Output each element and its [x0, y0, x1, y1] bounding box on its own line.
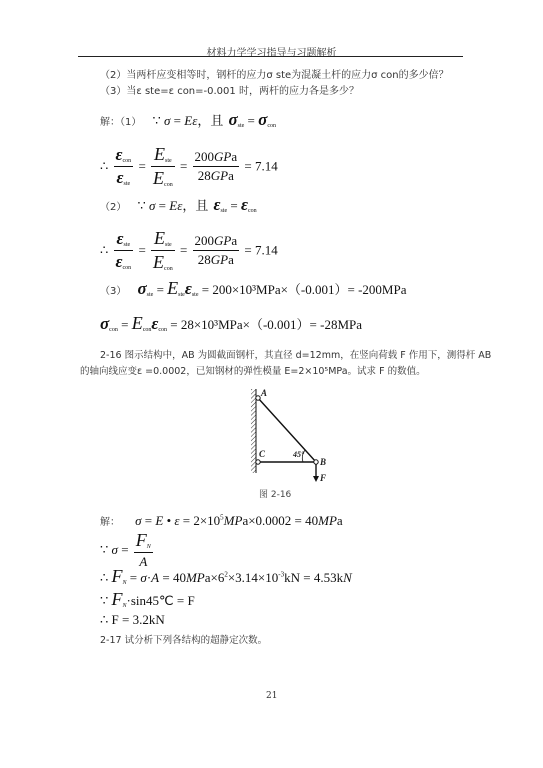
- solution-3-line-2: σcon = Econεcon = 28×10³MPa×（-0.001）= -2…: [100, 313, 362, 334]
- solution-2-16-eq-5: ∴ F = 3.2kN: [100, 612, 165, 628]
- header-rule: [78, 56, 463, 57]
- pin-a-icon: [256, 396, 260, 400]
- solution-2-16-eq-2: ∵ σ = FNA: [100, 530, 155, 570]
- solution-1-premise: 解：（1） ∵ σ = Eε，且 σste = σcon: [100, 110, 276, 130]
- figure-2-16-diagram: [240, 385, 340, 485]
- label-b: B: [320, 457, 326, 467]
- problem-2-16-line-1: 2-16 图示结构中，AB 为圆截面钢杆，其直径 d=12mm，在竖向荷载 F …: [100, 347, 491, 361]
- pin-c-icon: [256, 460, 260, 464]
- solution-2-ratio: ∴ εsteεcon = EsteEcon = 200GPa28GPa = 7.…: [100, 228, 278, 273]
- solution-1-ratio: ∴ εconεste = EsteEcon = 200GPa28GPa = 7.…: [100, 144, 278, 189]
- question-part-2: （2）当两杆应变相等时，钢杆的应力σ ste为混凝土杆的应力σ con的多少倍？: [100, 66, 449, 81]
- pin-b-icon: [314, 460, 318, 464]
- problem-2-17: 2-17 试分析下列各结构的超静定次数。: [100, 632, 267, 646]
- page-number: 21: [266, 691, 277, 701]
- solution-2-16-eq-3: ∴ FN = σ·A = 40MPa×62×3.14×10-3kN = 4.53…: [100, 566, 352, 587]
- bar-ab: [258, 398, 316, 462]
- label-c: C: [259, 449, 265, 459]
- label-a: A: [261, 388, 267, 398]
- solution-2-16-eq-4: ∵ FN·sin45℃ = F: [100, 589, 195, 610]
- solution-3-line-1: （3） σste = Esteεste = 200×10³MPa×（-0.001…: [100, 278, 407, 299]
- solution-1-result: = 7.14: [244, 159, 277, 174]
- solution-label: 解：（1）: [100, 117, 141, 128]
- problem-2-16-line-2: 的轴向线应变ε =0.0002，已知钢材的弹性模量 E=2×10⁵MPa。试求 …: [80, 363, 426, 377]
- label-angle: 45°: [293, 450, 304, 459]
- wall-hatch: [251, 389, 256, 473]
- question-part-3: （3）当ε ste=ε con=-0.001 时，两杆的应力各是多少？: [100, 82, 359, 97]
- label-f: F: [320, 473, 326, 483]
- force-arrow-icon: [313, 476, 319, 482]
- solution-2-premise: （2） ∵ σ = Eε，且 εste = εcon: [100, 195, 257, 215]
- solution-2-result: = 7.14: [244, 243, 277, 258]
- solution-2-16-eq-1: 解： σ = E • ε = 2×105MPa×0.0002 = 40MPa: [100, 510, 343, 529]
- figure-caption: 图 2-16: [259, 487, 291, 500]
